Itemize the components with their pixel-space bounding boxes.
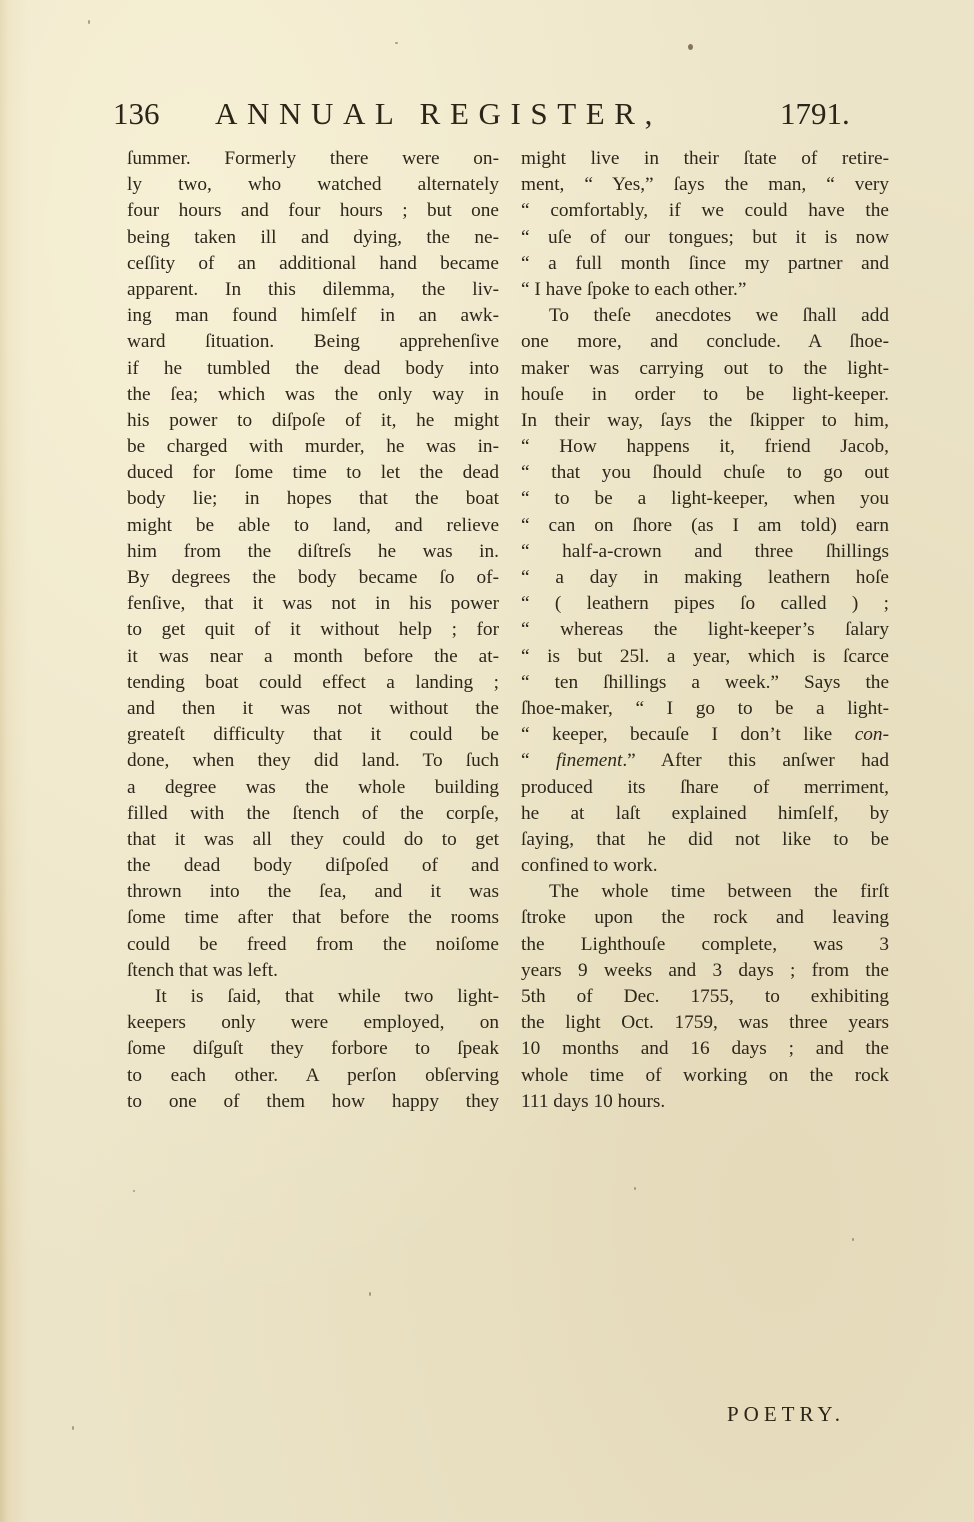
page-header: 136 ANNUAL REGISTER, 1791. xyxy=(113,96,893,140)
paper-speck xyxy=(369,1292,371,1296)
italic-word: finement xyxy=(556,750,622,771)
text-line: “ a full month ſince my partner and xyxy=(521,251,889,277)
text-line: thrown into the ſea, and it was xyxy=(127,879,499,905)
text-line: four hours and four hours ; but one xyxy=(127,198,499,224)
text-line: “ a day in making leathern hoſe xyxy=(521,565,889,591)
text-line: In their way, ſays the ſkipper to him, xyxy=(521,408,889,434)
left-column: ſummer. Formerly there were on-ly two, w… xyxy=(127,146,499,1115)
text-line: “ that you ſhould chuſe to go out xyxy=(521,460,889,486)
paper-speck xyxy=(395,42,398,44)
text-line: “ uſe of our tongues; but it is now xyxy=(521,225,889,251)
text-line: ſhoe-maker, “ I go to be a light- xyxy=(521,696,889,722)
text-line: “ to be a light-keeper, when you xyxy=(521,486,889,512)
text-line: could be freed from the noiſome xyxy=(127,932,499,958)
text-line: “ comfortably, if we could have the xyxy=(521,198,889,224)
text-line: ſummer. Formerly there were on- xyxy=(127,146,499,172)
text-line: “ How happens it, friend Jacob, xyxy=(521,434,889,460)
paper-speck xyxy=(852,1238,854,1241)
text-line: “ can on ſhore (as I am told) earn xyxy=(521,513,889,539)
right-column: might live in their ſtate of retire-ment… xyxy=(521,146,889,1115)
text-line: done, when they did land. To ſuch xyxy=(127,748,499,774)
text-line: 111 days 10 hours. xyxy=(521,1089,889,1115)
italic-word: con- xyxy=(855,724,889,745)
document-page: 136 ANNUAL REGISTER, 1791. ſummer. Forme… xyxy=(0,0,974,1522)
text-line: and then it was not without the xyxy=(127,696,499,722)
text-line: “ finement.” After this anſwer had xyxy=(521,748,889,774)
text-line: duced for ſome time to let the dead xyxy=(127,460,499,486)
paper-speck xyxy=(88,20,90,24)
text-line: the dead body diſpoſed of and xyxy=(127,853,499,879)
text-line: ing man found himſelf in an awk- xyxy=(127,303,499,329)
text-line: he at laſt explained himſelf, by xyxy=(521,801,889,827)
text-line: 5th of Dec. 1755, to exhibiting xyxy=(521,984,889,1010)
catchword: POETRY. xyxy=(727,1402,845,1427)
text-line: ſome time after that before the rooms xyxy=(127,905,499,931)
text-line: “ keeper, becauſe I don’t like con- xyxy=(521,722,889,748)
paper-speck xyxy=(634,1187,636,1190)
text-line: ſtroke upon the rock and leaving xyxy=(521,905,889,931)
header-year: 1791. xyxy=(780,96,850,132)
text-line: might live in their ſtate of retire- xyxy=(521,146,889,172)
text-line: fenſive, that it was not in his power xyxy=(127,591,499,617)
text-line: a degree was the whole building xyxy=(127,775,499,801)
text-line: greateſt difficulty that it could be xyxy=(127,722,499,748)
text-line: “ whereas the light-keeper’s ſalary xyxy=(521,617,889,643)
text-line: the ſea; which was the only way in xyxy=(127,382,499,408)
text-line: years 9 weeks and 3 days ; from the xyxy=(521,958,889,984)
text-line: “ half-a-crown and three ſhillings xyxy=(521,539,889,565)
text-line: 10 months and 16 days ; and the xyxy=(521,1036,889,1062)
text-line: ſtench that was left. xyxy=(127,958,499,984)
paper-speck xyxy=(688,44,693,50)
text-line: “ I have ſpoke to each other.” xyxy=(521,277,889,303)
text-line: The whole time between the firſt xyxy=(521,879,889,905)
paper-speck xyxy=(72,1426,74,1430)
text-line: produced its ſhare of merriment, xyxy=(521,775,889,801)
text-line: ſome diſguſt they forbore to ſpeak xyxy=(127,1036,499,1062)
text-line: whole time of working on the rock xyxy=(521,1063,889,1089)
text-line: “ ( leathern pipes ſo called ) ; xyxy=(521,591,889,617)
text-line: if he tumbled the dead body into xyxy=(127,356,499,382)
text-line: “ is but 25l. a year, which is ſcarce xyxy=(521,644,889,670)
text-line: ward ſituation. Being apprehenſive xyxy=(127,329,499,355)
text-line: confined to work. xyxy=(521,853,889,879)
text-line: might be able to land, and relieve xyxy=(127,513,499,539)
text-line: tending boat could effect a landing ; xyxy=(127,670,499,696)
text-line: By degrees the body became ſo of- xyxy=(127,565,499,591)
text-line: to each other. A perſon obſerving xyxy=(127,1063,499,1089)
text-line: ly two, who watched alternately xyxy=(127,172,499,198)
text-line: be charged with murder, he was in- xyxy=(127,434,499,460)
text-line: body lie; in hopes that the boat xyxy=(127,486,499,512)
text-line: to one of them how happy they xyxy=(127,1089,499,1115)
text-line: maker was carrying out to the light- xyxy=(521,356,889,382)
text-line: that it was all they could do to get xyxy=(127,827,499,853)
text-line: the light Oct. 1759, was three years xyxy=(521,1010,889,1036)
page-number: 136 xyxy=(113,96,160,132)
text-line: “ ten ſhillings a week.” Says the xyxy=(521,670,889,696)
text-line: keepers only were employed, on xyxy=(127,1010,499,1036)
text-line: his power to diſpoſe of it, he might xyxy=(127,408,499,434)
text-line: ceſſity of an additional hand became xyxy=(127,251,499,277)
text-line: one more, and conclude. A ſhoe- xyxy=(521,329,889,355)
text-line: To theſe anecdotes we ſhall add xyxy=(521,303,889,329)
text-line: it was near a month before the at- xyxy=(127,644,499,670)
text-line: It is ſaid, that while two light- xyxy=(127,984,499,1010)
running-title: ANNUAL REGISTER, xyxy=(215,96,662,132)
text-line: him from the diſtreſs he was in. xyxy=(127,539,499,565)
text-line: to get quit of it without help ; for xyxy=(127,617,499,643)
text-line: ſaying, that he did not like to be xyxy=(521,827,889,853)
text-line: ment, “ Yes,” ſays the man, “ very xyxy=(521,172,889,198)
text-line: being taken ill and dying, the ne- xyxy=(127,225,499,251)
text-line: houſe in order to be light-keeper. xyxy=(521,382,889,408)
text-line: apparent. In this dilemma, the liv- xyxy=(127,277,499,303)
text-line: the Lighthouſe complete, was 3 xyxy=(521,932,889,958)
paper-speck xyxy=(133,1190,135,1192)
text-line: filled with the ſtench of the corpſe, xyxy=(127,801,499,827)
